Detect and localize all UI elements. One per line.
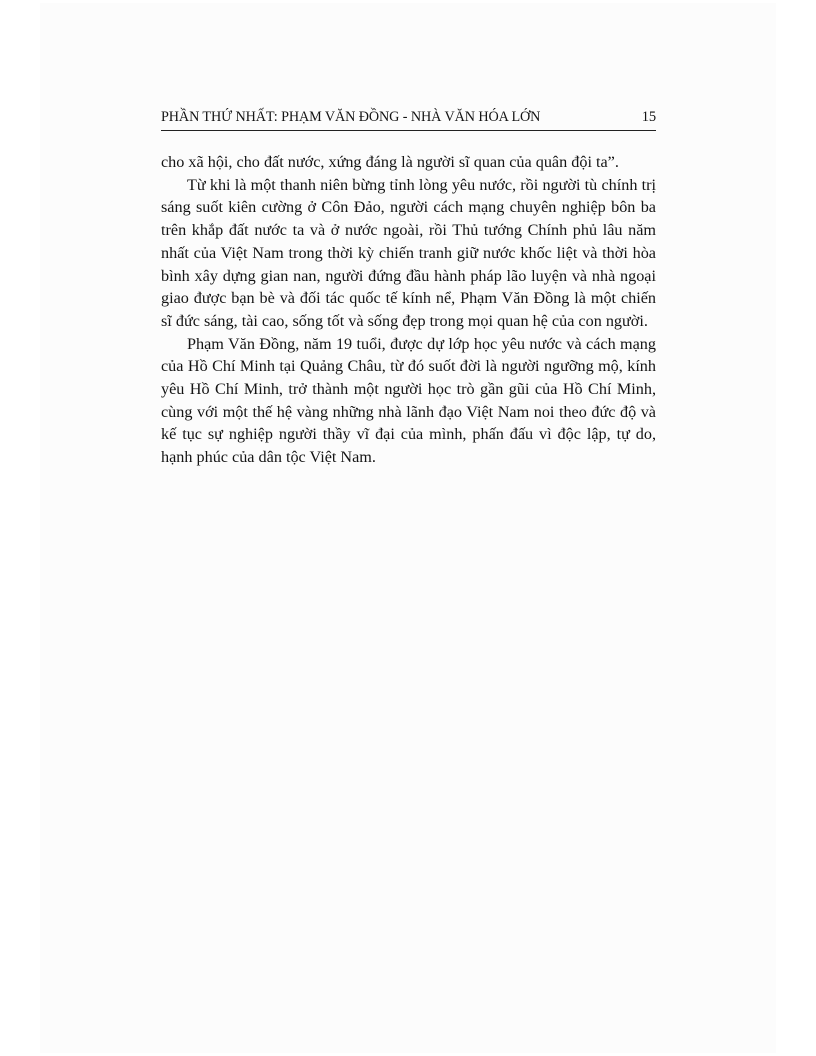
running-header-title: PHẦN THỨ NHẤT: PHẠM VĂN ĐỒNG - NHÀ VĂN H… [161, 108, 540, 126]
running-header: PHẦN THỨ NHẤT: PHẠM VĂN ĐỒNG - NHÀ VĂN H… [161, 108, 656, 131]
page-number: 15 [642, 108, 656, 126]
paragraph: Từ khi là một thanh niên bừng tỉnh lòng … [161, 174, 656, 333]
paragraph-continuation: cho xã hội, cho đất nước, xứng đáng là n… [161, 151, 656, 174]
document-page: PHẦN THỨ NHẤT: PHẠM VĂN ĐỒNG - NHÀ VĂN H… [161, 108, 656, 469]
paragraph: Phạm Văn Đồng, năm 19 tuổi, được dự lớp … [161, 333, 656, 469]
body-text: cho xã hội, cho đất nước, xứng đáng là n… [161, 151, 656, 469]
